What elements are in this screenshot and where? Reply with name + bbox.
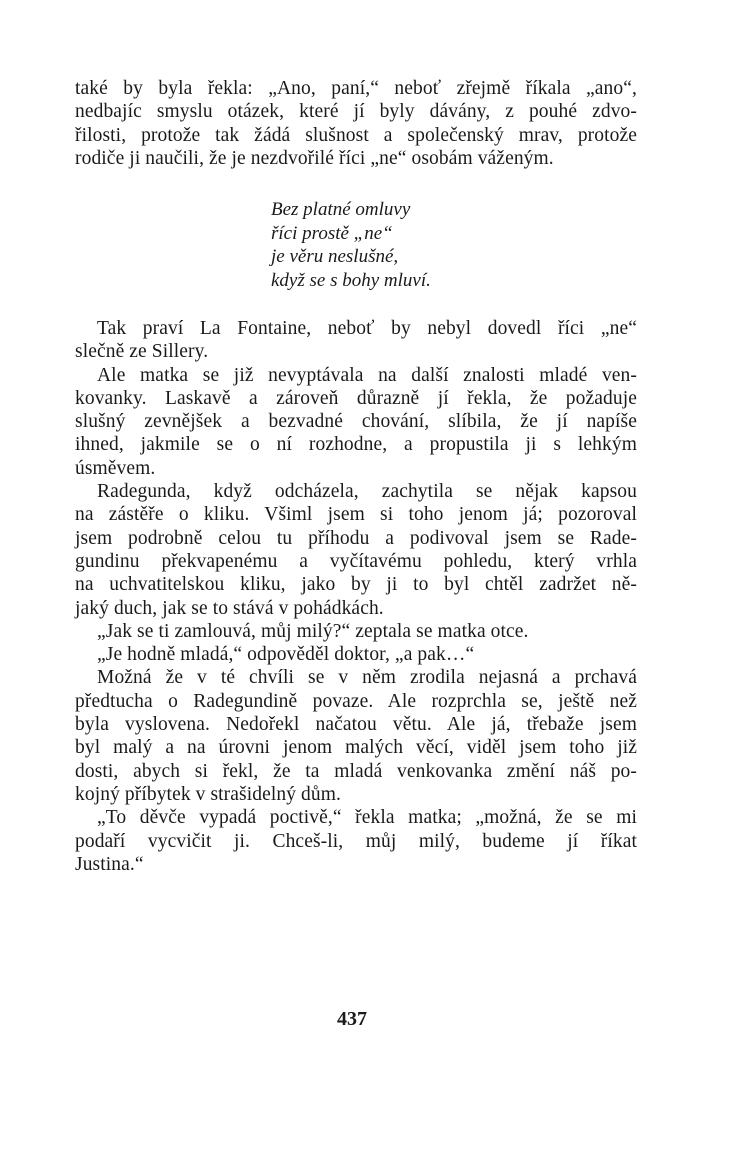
text-line: jsem podrobně celou tu příhodu a podivov…	[75, 527, 637, 550]
verse-line: když se s bohy mluví.	[271, 269, 431, 293]
text-line: Tak praví La Fontaine, neboť by nebyl do…	[75, 317, 637, 340]
text-line: úsměvem.	[75, 457, 637, 480]
text-line: dosti, abych si řekl, že ta mladá venkov…	[75, 760, 637, 783]
text-line: předtucha o Radegundině povaze. Ale rozp…	[75, 690, 637, 713]
text-line: kovanky. Laskavě a zároveň důrazně jí ře…	[75, 387, 637, 410]
body-text: Tak praví La Fontaine, neboť by nebyl do…	[75, 317, 637, 876]
verse-quote: Bez platné omluvy říci prostě „ne“ je vě…	[271, 198, 431, 292]
text-line: „Jak se ti zamlouvá, můj milý?“ zeptala …	[75, 620, 637, 643]
text-line: byl malý a na úrovni jenom malých věcí, …	[75, 736, 637, 759]
text-line: „To děvče vypadá poctivě,“ řekla matka; …	[75, 806, 637, 829]
text-line: Ale matka se již nevyptávala na další zn…	[75, 364, 637, 387]
text-line: podaří vycvičit ji. Chceš-li, můj milý, …	[75, 830, 637, 853]
text-line: „Je hodně mladá,“ odpověděl doktor, „a p…	[75, 643, 637, 666]
text-line: Justina.“	[75, 853, 637, 876]
verse-line: Bez platné omluvy	[271, 198, 431, 222]
text-line: Radegunda, když odcházela, zachytila se …	[75, 480, 637, 503]
text-line: nedbajíc smyslu otázek, které jí byly dá…	[75, 100, 637, 123]
text-line: na zástěře o kliku. Všiml jsem si toho j…	[75, 503, 637, 526]
text-line: jaký duch, jak se to stává v pohádkách.	[75, 597, 637, 620]
verse-line: říci prostě „ne“	[271, 222, 431, 246]
text-line: rodiče ji naučili, že je nezdvořilé říci…	[75, 147, 637, 170]
text-line: Možná že v té chvíli se v něm zrodila ne…	[75, 666, 637, 689]
text-line: na uchvatitelskou kliku, jako by ji to b…	[75, 573, 637, 596]
verse-line: je věru neslušné,	[271, 245, 431, 269]
top-paragraph: také by byla řekla: „Ano, paní,“ neboť z…	[75, 77, 637, 170]
text-line: kojný příbytek v strašidelný dům.	[75, 783, 637, 806]
text-line: byla vyslovena. Nedořekl načatou větu. A…	[75, 713, 637, 736]
text-line: také by byla řekla: „Ano, paní,“ neboť z…	[75, 77, 637, 100]
text-line: řilosti, protože tak žádá slušnost a spo…	[75, 124, 637, 147]
text-line: ihned, jakmile se o ní rozhodne, a propu…	[75, 433, 637, 456]
page-number: 437	[337, 1008, 367, 1031]
text-line: slušný zevnějšek a bezvadné chování, slí…	[75, 410, 637, 433]
text-line: slečně ze Sillery.	[75, 340, 637, 363]
text-line: gundinu překvapenému a vyčítavému pohled…	[75, 550, 637, 573]
